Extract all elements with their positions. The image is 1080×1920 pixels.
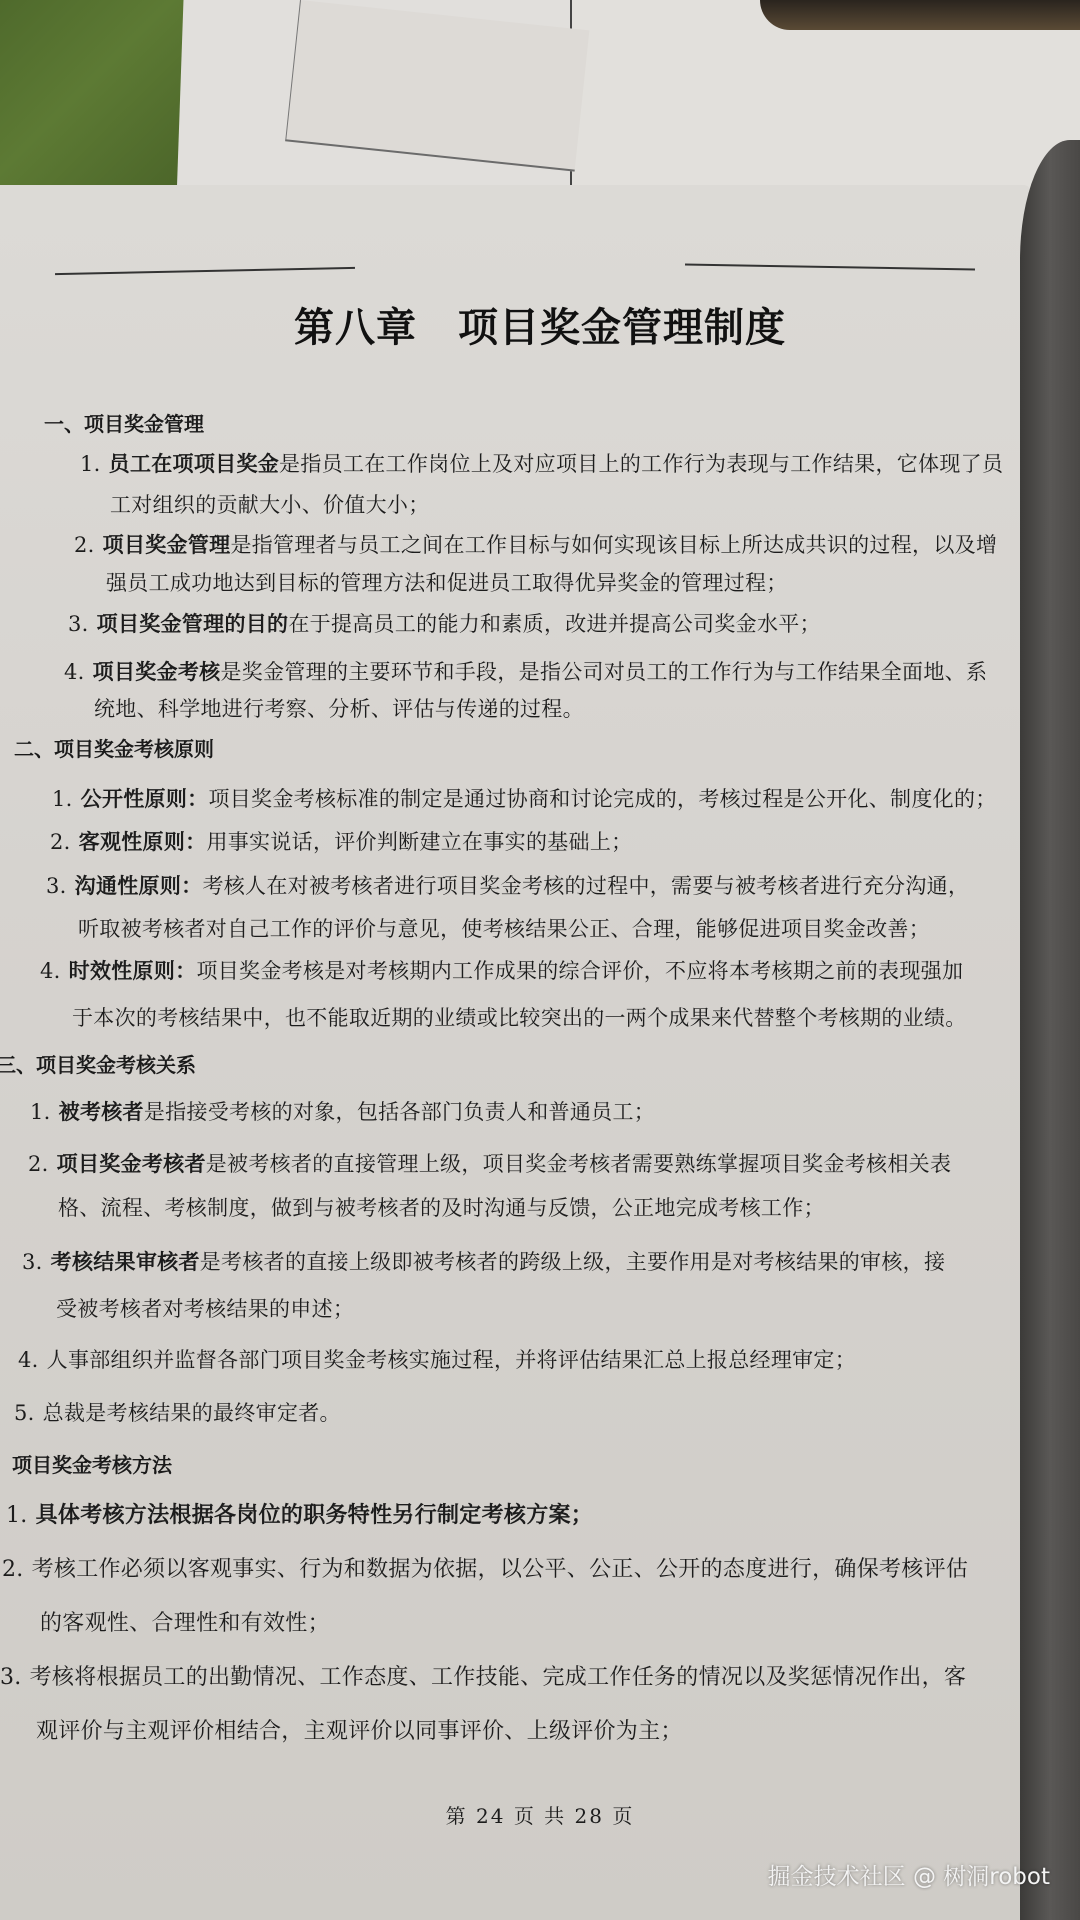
list-item-continuation: 听取被考核者对自己工作的评价与意见，使考核结果公正、合理，能够促进项目奖金改善； (78, 913, 930, 943)
item-term: 沟通性原则： (75, 874, 203, 898)
page-number-footer: 第 24 页 共 28 页 (0, 1800, 1080, 1829)
item-number: 5. (14, 1401, 35, 1425)
list-item: 2.考核工作必须以客观事实、行为和数据为依据，以公平、公正、公开的态度进行，确保… (2, 1552, 968, 1583)
list-item: 4.项目奖金考核是奖金管理的主要环节和手段，是指公司对员工的工作行为与工作结果全… (64, 656, 987, 686)
item-term: 员工在项项目奖金 (109, 452, 279, 476)
item-number: 1. (30, 1100, 51, 1124)
list-item: 3.考核结果审核者是考核者的直接上级即被考核者的跨级上级，主要作用是对考核结果的… (22, 1246, 945, 1276)
item-text: 是指员工在工作岗位上及对应项目上的工作行为表现与工作结果，它体现了员 (279, 452, 1003, 476)
item-text: 考核将根据员工的出勤情况、工作态度、工作技能、完成工作任务的情况以及奖惩情况作出… (30, 1665, 967, 1690)
background-paper (570, 0, 1080, 200)
list-item-continuation: 格、流程、考核制度，做到与被考核者的及时沟通与反馈，公正地完成考核工作； (58, 1192, 825, 1222)
list-item: 2.项目奖金管理是指管理者与员工之间在工作目标与如何实现该目标上所达成共识的过程… (74, 529, 997, 559)
item-number: 3. (22, 1250, 43, 1274)
item-number: 1. (52, 787, 73, 811)
item-term: 项目奖金管理的目的 (97, 612, 289, 636)
background-folder-edge (760, 0, 1080, 30)
item-text: 总裁是考核结果的最终审定者。 (43, 1401, 341, 1425)
section-heading: 三、项目奖金考核关系 (0, 1049, 196, 1078)
item-text: 在于提高员工的能力和素质，改进并提高公司奖金水平； (288, 612, 821, 636)
item-text: 人事部组织并监督各部门项目奖金考核实施过程，并将评估结果汇总上报总经理审定； (47, 1348, 856, 1372)
item-text: 用事实说话，评价判断建立在事实的基础上； (206, 830, 632, 854)
list-item: 3.项目奖金管理的目的在于提高员工的能力和素质，改进并提高公司奖金水平； (68, 608, 821, 638)
list-item: 3.考核将根据员工的出勤情况、工作态度、工作技能、完成工作任务的情况以及奖惩情况… (0, 1660, 966, 1691)
item-term: 项目奖金考核者 (57, 1152, 206, 1176)
list-item: 4.人事部组织并监督各部门项目奖金考核实施过程，并将评估结果汇总上报总经理审定； (18, 1344, 856, 1374)
item-term: 公开性原则： (81, 787, 209, 811)
item-term: 具体考核方法根据各岗位的职务特性另行制定考核方案； (36, 1503, 594, 1528)
item-number: 2. (74, 533, 95, 557)
item-number: 3. (68, 612, 89, 636)
chapter-title: 第八章 项目奖金管理制度 (0, 296, 1080, 353)
list-item: 1.具体考核方法根据各岗位的职务特性另行制定考核方案； (6, 1498, 593, 1529)
item-text: 是被考核者的直接管理上级，项目奖金考核者需要熟练掌握项目奖金考核相关表 (206, 1152, 952, 1176)
section-heading: 一、项目奖金管理 (44, 408, 204, 437)
item-term: 项目奖金管理 (103, 533, 231, 557)
item-text: 是考核者的直接上级即被考核者的跨级上级，主要作用是对考核结果的审核，接 (200, 1250, 946, 1274)
watermark: 掘金技术社区 @ 树洞robot (768, 1858, 1050, 1891)
list-item: 1.员工在项项目奖金是指员工在工作岗位上及对应项目上的工作行为表现与工作结果，它… (80, 448, 1003, 478)
item-number: 2. (28, 1152, 49, 1176)
list-item: 2.项目奖金考核者是被考核者的直接管理上级，项目奖金考核者需要熟练掌握项目奖金考… (28, 1148, 951, 1178)
list-item: 5.总裁是考核结果的最终审定者。 (14, 1397, 341, 1427)
item-text: 考核人在对被考核者进行项目奖金考核的过程中，需要与被考核者进行充分沟通， (202, 874, 969, 898)
item-number: 4. (18, 1348, 39, 1372)
list-item-continuation: 统地、科学地进行考察、分析、评估与传递的过程。 (94, 693, 584, 723)
item-text: 是奖金管理的主要环节和手段，是指公司对员工的工作行为与工作结果全面地、系 (220, 660, 987, 684)
item-number: 3. (46, 874, 67, 898)
item-term: 考核结果审核者 (51, 1250, 200, 1274)
item-term: 被考核者 (59, 1100, 144, 1124)
list-item: 1.被考核者是指接受考核的对象，包括各部门负责人和普通员工； (30, 1096, 655, 1126)
page-curl-shadow (1020, 140, 1080, 1920)
list-item-continuation: 的客观性、合理性和有效性； (40, 1606, 330, 1637)
item-text: 是指管理者与员工之间在工作目标与如何实现该目标上所达成共识的过程，以及增 (230, 533, 997, 557)
item-text: 项目奖金考核是对考核期内工作成果的综合评价，不应将本考核期之前的表现强加 (196, 959, 963, 983)
section-heading: 二、项目奖金考核原则 (14, 733, 214, 762)
background-paper-inner (285, 0, 589, 172)
list-item: 4.时效性原则：项目奖金考核是对考核期内工作成果的综合评价，不应将本考核期之前的… (40, 955, 963, 985)
list-item: 1.公开性原则：项目奖金考核标准的制定是通过协商和讨论完成的，考核过程是公开化、… (52, 783, 997, 813)
list-item-continuation: 工对组织的贡献大小、价值大小； (110, 489, 430, 519)
item-term: 项目奖金考核 (93, 660, 221, 684)
item-text: 考核工作必须以客观事实、行为和数据为依据，以公平、公正、公开的态度进行，确保考核… (32, 1557, 969, 1582)
list-item-continuation: 观评价与主观评价相结合，主观评价以同事评价、上级评价为主； (36, 1714, 683, 1745)
list-item-continuation: 受被考核者对考核结果的申述； (56, 1293, 354, 1323)
item-number: 1. (6, 1503, 28, 1528)
list-item-continuation: 强员工成功地达到目标的管理方法和促进员工取得优异奖金的管理过程； (106, 567, 788, 597)
item-number: 1. (80, 452, 101, 476)
item-number: 2. (50, 830, 71, 854)
item-number: 4. (64, 660, 85, 684)
item-text: 项目奖金考核标准的制定是通过协商和讨论完成的，考核过程是公开化、制度化的； (208, 787, 996, 811)
section-heading: 项目奖金考核方法 (12, 1449, 172, 1478)
list-item: 2.客观性原则：用事实说话，评价判断建立在事实的基础上； (50, 826, 632, 856)
item-term: 客观性原则： (79, 830, 207, 854)
list-item: 3.沟通性原则：考核人在对被考核者进行项目奖金考核的过程中，需要与被考核者进行充… (46, 870, 969, 900)
item-number: 3. (0, 1665, 22, 1690)
list-item-continuation: 于本次的考核结果中，也不能取近期的业绩或比较突出的一两个成果来代替整个考核期的业… (72, 1002, 967, 1032)
item-term: 时效性原则： (69, 959, 197, 983)
item-number: 4. (40, 959, 61, 983)
item-number: 2. (2, 1557, 24, 1582)
item-text: 是指接受考核的对象，包括各部门负责人和普通员工； (144, 1100, 655, 1124)
